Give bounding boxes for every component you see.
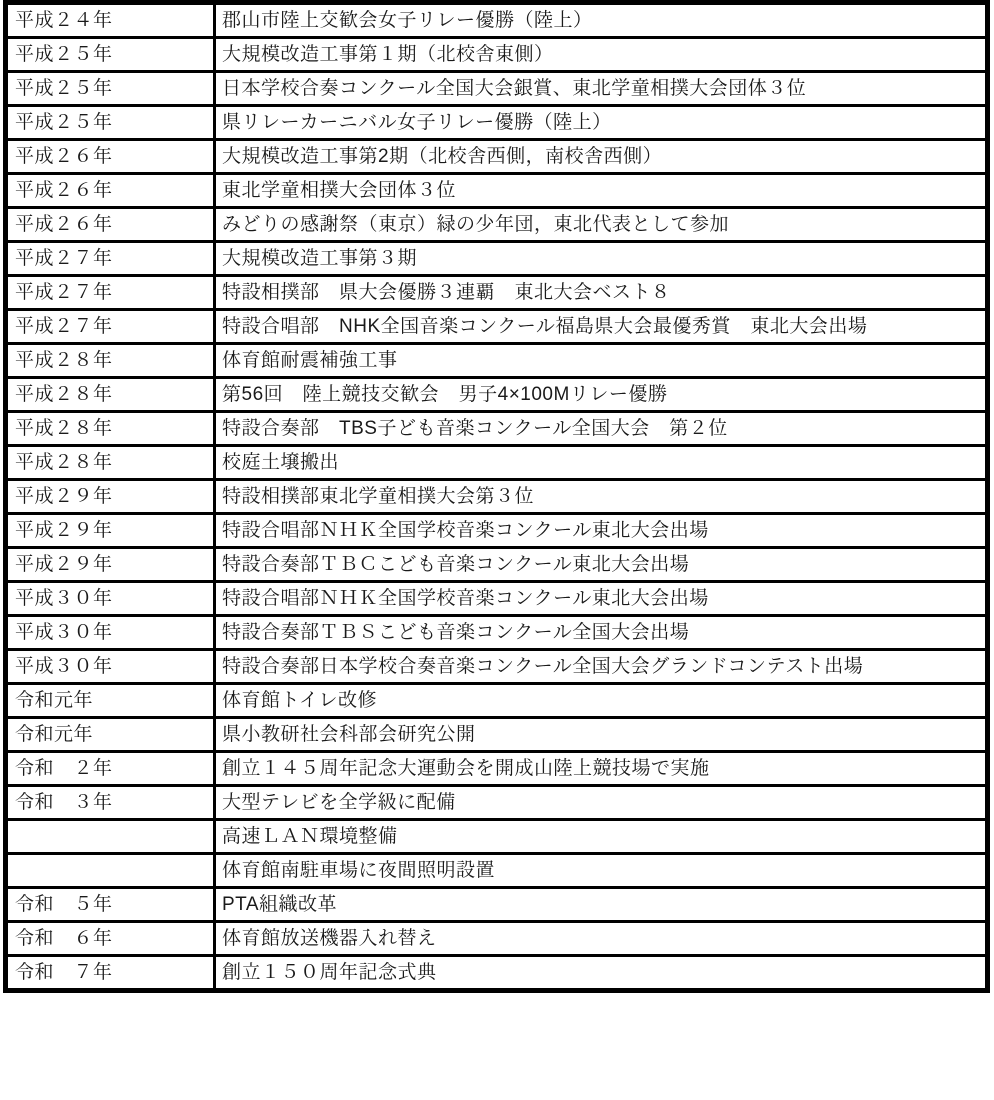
table-row: 平成３０年 特設合奏部ＴＢＳこども音楽コンクール全国大会出場 xyxy=(6,616,988,650)
document-page: 平成２４年 郡山市陸上交歓会女子リレー優勝（陸上） 平成２５年 大規模改造工事第… xyxy=(0,0,994,1100)
event-cell: PTA組織改革 xyxy=(215,888,988,922)
table-row: 平成２６年 東北学童相撲大会団体３位 xyxy=(6,174,988,208)
event-cell: 体育館南駐車場に夜間照明設置 xyxy=(215,854,988,888)
year-cell: 平成２５年 xyxy=(6,72,215,106)
event-cell: 郡山市陸上交歓会女子リレー優勝（陸上） xyxy=(215,3,988,38)
year-cell: 平成３０年 xyxy=(6,616,215,650)
event-cell: 創立１５０周年記念式典 xyxy=(215,956,988,991)
table-row: 平成２９年 特設合唱部ＮＨＫ全国学校音楽コンクール東北大会出場 xyxy=(6,514,988,548)
table-row: 令和 ６年 体育館放送機器入れ替え xyxy=(6,922,988,956)
year-cell: 平成２４年 xyxy=(6,3,215,38)
table-row: 平成２８年 体育館耐震補強工事 xyxy=(6,344,988,378)
table-row: 令和 ２年 創立１４５周年記念大運動会を開成山陸上競技場で実施 xyxy=(6,752,988,786)
table-row: 令和元年 体育館トイレ改修 xyxy=(6,684,988,718)
table-row: 平成２９年 特設合奏部ＴＢＣこども音楽コンクール東北大会出場 xyxy=(6,548,988,582)
event-cell: 特設合唱部 NHK全国音楽コンクール福島県大会最優秀賞 東北大会出場 xyxy=(215,310,988,344)
event-cell: 県小教研社会科部会研究公開 xyxy=(215,718,988,752)
table-row: 平成２７年 大規模改造工事第３期 xyxy=(6,242,988,276)
table-row: 体育館南駐車場に夜間照明設置 xyxy=(6,854,988,888)
event-cell: 第56回 陸上競技交歓会 男子4×100Mリレー優勝 xyxy=(215,378,988,412)
year-cell: 令和 ５年 xyxy=(6,888,215,922)
table-row: 平成２８年 校庭土壌搬出 xyxy=(6,446,988,480)
event-cell: 体育館放送機器入れ替え xyxy=(215,922,988,956)
history-table-body: 平成２４年 郡山市陸上交歓会女子リレー優勝（陸上） 平成２５年 大規模改造工事第… xyxy=(6,3,988,991)
year-cell: 令和 ３年 xyxy=(6,786,215,820)
table-row: 平成２８年 特設合奏部 TBS子ども音楽コンクール全国大会 第２位 xyxy=(6,412,988,446)
year-cell: 平成２８年 xyxy=(6,344,215,378)
event-cell: 体育館トイレ改修 xyxy=(215,684,988,718)
year-cell: 令和 ６年 xyxy=(6,922,215,956)
year-cell: 平成２７年 xyxy=(6,276,215,310)
event-cell: 大規模改造工事第2期（北校舎西側，南校舎西側） xyxy=(215,140,988,174)
table-row: 令和 ５年 PTA組織改革 xyxy=(6,888,988,922)
year-cell: 平成２８年 xyxy=(6,378,215,412)
year-cell: 平成２９年 xyxy=(6,548,215,582)
table-row: 高速ＬＡＮ環境整備 xyxy=(6,820,988,854)
table-row: 平成２５年 日本学校合奏コンクール全国大会銀賞、東北学童相撲大会団体３位 xyxy=(6,72,988,106)
table-row: 平成２７年 特設合唱部 NHK全国音楽コンクール福島県大会最優秀賞 東北大会出場 xyxy=(6,310,988,344)
year-cell: 平成３０年 xyxy=(6,650,215,684)
table-row: 平成３０年 特設合唱部ＮＨＫ全国学校音楽コンクール東北大会出場 xyxy=(6,582,988,616)
event-cell: みどりの感謝祭（東京）緑の少年団，東北代表として参加 xyxy=(215,208,988,242)
event-cell: 体育館耐震補強工事 xyxy=(215,344,988,378)
table-row: 平成２７年 特設相撲部 県大会優勝３連覇 東北大会ベスト８ xyxy=(6,276,988,310)
year-cell: 平成２６年 xyxy=(6,208,215,242)
year-cell: 令和元年 xyxy=(6,684,215,718)
year-cell: 平成２７年 xyxy=(6,242,215,276)
year-cell: 平成３０年 xyxy=(6,582,215,616)
event-cell: 特設合唱部ＮＨＫ全国学校音楽コンクール東北大会出場 xyxy=(215,514,988,548)
table-row: 令和元年 県小教研社会科部会研究公開 xyxy=(6,718,988,752)
event-cell: 特設合奏部 TBS子ども音楽コンクール全国大会 第２位 xyxy=(215,412,988,446)
year-cell: 令和 ７年 xyxy=(6,956,215,991)
table-row: 平成２５年 県リレーカーニバル女子リレー優勝（陸上） xyxy=(6,106,988,140)
year-cell xyxy=(6,820,215,854)
year-cell: 平成２８年 xyxy=(6,412,215,446)
table-row: 平成２９年 特設相撲部東北学童相撲大会第３位 xyxy=(6,480,988,514)
table-row: 令和 ３年 大型テレビを全学級に配備 xyxy=(6,786,988,820)
year-cell: 平成２９年 xyxy=(6,514,215,548)
year-cell: 平成２８年 xyxy=(6,446,215,480)
event-cell: 特設相撲部 県大会優勝３連覇 東北大会ベスト８ xyxy=(215,276,988,310)
year-cell: 平成２５年 xyxy=(6,106,215,140)
event-cell: 特設合奏部日本学校合奏音楽コンクール全国大会グランドコンテスト出場 xyxy=(215,650,988,684)
event-cell: 日本学校合奏コンクール全国大会銀賞、東北学童相撲大会団体３位 xyxy=(215,72,988,106)
year-cell: 平成２５年 xyxy=(6,38,215,72)
year-cell: 令和 ２年 xyxy=(6,752,215,786)
event-cell: 東北学童相撲大会団体３位 xyxy=(215,174,988,208)
event-cell: 高速ＬＡＮ環境整備 xyxy=(215,820,988,854)
year-cell: 令和元年 xyxy=(6,718,215,752)
table-row: 平成２４年 郡山市陸上交歓会女子リレー優勝（陸上） xyxy=(6,3,988,38)
event-cell: 特設合奏部ＴＢＣこども音楽コンクール東北大会出場 xyxy=(215,548,988,582)
event-cell: 校庭土壌搬出 xyxy=(215,446,988,480)
year-cell: 平成２７年 xyxy=(6,310,215,344)
event-cell: 大型テレビを全学級に配備 xyxy=(215,786,988,820)
event-cell: 大規模改造工事第３期 xyxy=(215,242,988,276)
table-row: 平成２６年 みどりの感謝祭（東京）緑の少年団，東北代表として参加 xyxy=(6,208,988,242)
year-cell: 平成２６年 xyxy=(6,140,215,174)
event-cell: 特設合唱部ＮＨＫ全国学校音楽コンクール東北大会出場 xyxy=(215,582,988,616)
table-row: 平成３０年 特設合奏部日本学校合奏音楽コンクール全国大会グランドコンテスト出場 xyxy=(6,650,988,684)
event-cell: 特設相撲部東北学童相撲大会第３位 xyxy=(215,480,988,514)
table-row: 平成２６年 大規模改造工事第2期（北校舎西側，南校舎西側） xyxy=(6,140,988,174)
table-row: 令和 ７年 創立１５０周年記念式典 xyxy=(6,956,988,991)
year-cell xyxy=(6,854,215,888)
event-cell: 大規模改造工事第１期（北校舎東側） xyxy=(215,38,988,72)
table-row: 平成２５年 大規模改造工事第１期（北校舎東側） xyxy=(6,38,988,72)
year-cell: 平成２９年 xyxy=(6,480,215,514)
history-table: 平成２４年 郡山市陸上交歓会女子リレー優勝（陸上） 平成２５年 大規模改造工事第… xyxy=(3,0,990,993)
year-cell: 平成２６年 xyxy=(6,174,215,208)
event-cell: 県リレーカーニバル女子リレー優勝（陸上） xyxy=(215,106,988,140)
table-row: 平成２８年 第56回 陸上競技交歓会 男子4×100Mリレー優勝 xyxy=(6,378,988,412)
event-cell: 創立１４５周年記念大運動会を開成山陸上競技場で実施 xyxy=(215,752,988,786)
event-cell: 特設合奏部ＴＢＳこども音楽コンクール全国大会出場 xyxy=(215,616,988,650)
